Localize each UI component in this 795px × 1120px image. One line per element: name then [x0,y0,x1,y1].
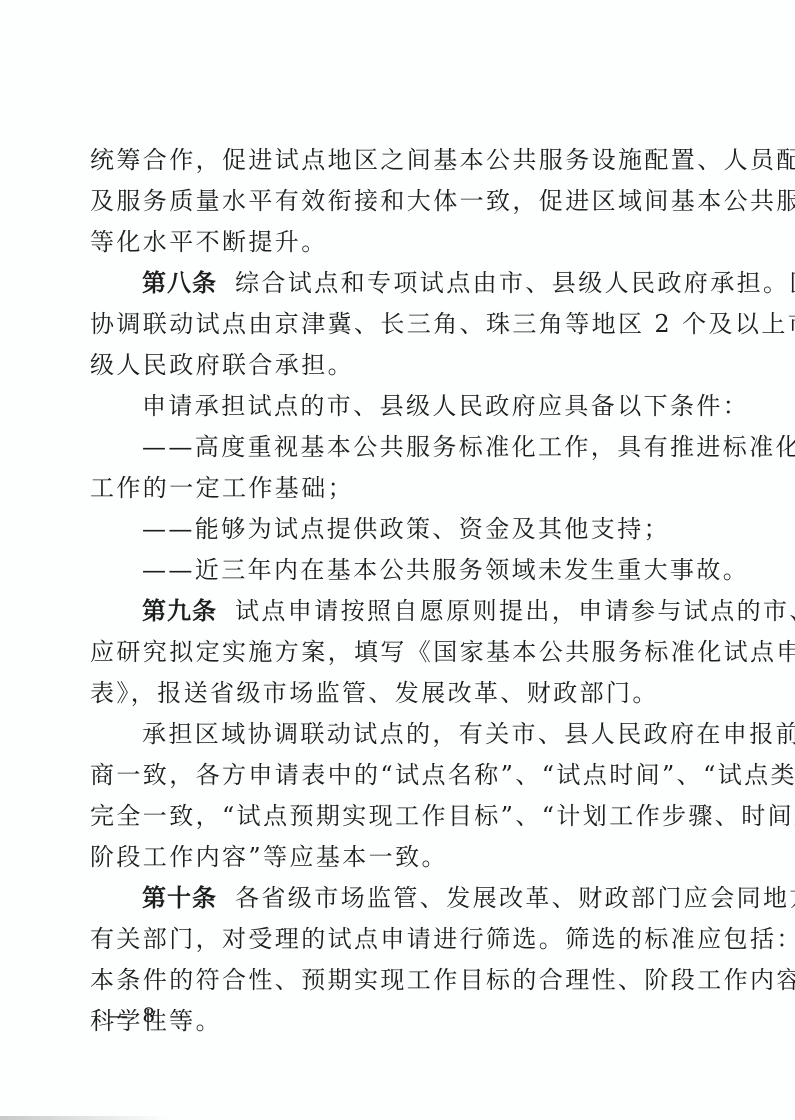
paragraph: 统筹合作，促进试点地区之间基本公共服务设施配置、人员配备以 及服务质量水平有效衔… [90,140,696,263]
text-line: 完全一致，“试点预期实现工作目标”、“计划工作步骤、时间进度、 [90,796,696,837]
list-item: ——高度重视基本公共服务标准化工作，具有推进标准化试点 工作的一定工作基础； [90,427,696,509]
list-item: ——能够为试点提供政策、资金及其他支持； [90,509,696,550]
text-span: 各省级市场监管、发展改革、财政部门应会同地方 [235,884,795,912]
text-line: 协调联动试点由京津冀、长三角、珠三角等地区 2 个及以上市、县 [90,304,696,345]
article-8: 第八条综合试点和专项试点由市、县级人民政府承担。区域 协调联动试点由京津冀、长三… [90,263,696,386]
text-span: 综合试点和专项试点由市、县级人民政府承担。区域 [235,269,795,297]
text-line: 及服务质量水平有效衔接和大体一致，促进区域间基本公共服务均 [90,181,696,222]
text-line: 级人民政府联合承担。 [90,345,696,386]
text-line: ——近三年内在基本公共服务领域未发生重大事故。 [90,550,696,591]
text-line: ——高度重视基本公共服务标准化工作，具有推进标准化试点 [90,427,696,468]
paragraph: 申请承担试点的市、县级人民政府应具备以下条件： [90,386,696,427]
text-line: 工作的一定工作基础； [90,468,696,509]
text-line: 阶段工作内容”等应基本一致。 [90,837,696,878]
article-heading: 第十条 [142,884,217,912]
list-item: ——近三年内在基本公共服务领域未发生重大事故。 [90,550,696,591]
text-line: 第十条各省级市场监管、发展改革、财政部门应会同地方 [90,878,696,919]
scan-edge-shadow [0,1116,170,1120]
article-heading: 第八条 [142,269,217,297]
text-line: 商一致，各方申请表中的“试点名称”、“试点时间”、“试点类型”应 [90,755,696,796]
text-line: 表》，报送省级市场监管、发展改革、财政部门。 [90,673,696,714]
text-line: 本条件的符合性、预期实现工作目标的合理性、阶段工作内容的 [90,960,696,1001]
article-heading: 第九条 [142,597,217,625]
paragraph: 承担区域协调联动试点的，有关市、县人民政府在申报前应协 商一致，各方申请表中的“… [90,714,696,878]
text-line: 统筹合作，促进试点地区之间基本公共服务设施配置、人员配备以 [90,140,696,181]
article-9: 第九条试点申请按照自愿原则提出，申请参与试点的市、县 应研究拟定实施方案，填写《… [90,591,696,714]
text-line: 等化水平不断提升。 [90,222,696,263]
text-line: 应研究拟定实施方案，填写《国家基本公共服务标准化试点申请 [90,632,696,673]
page-number: — 8 — [108,1003,193,1027]
text-line: 第九条试点申请按照自愿原则提出，申请参与试点的市、县 [90,591,696,632]
text-span: 试点申请按照自愿原则提出，申请参与试点的市、县 [235,597,795,625]
text-line: 承担区域协调联动试点的，有关市、县人民政府在申报前应协 [90,714,696,755]
text-line: 申请承担试点的市、县级人民政府应具备以下条件： [90,386,696,427]
text-line: 第八条综合试点和专项试点由市、县级人民政府承担。区域 [90,263,696,304]
text-line: ——能够为试点提供政策、资金及其他支持； [90,509,696,550]
document-page: 统筹合作，促进试点地区之间基本公共服务设施配置、人员配备以 及服务质量水平有效衔… [90,140,696,1042]
text-line: 有关部门，对受理的试点申请进行筛选。筛选的标准应包括：基 [90,919,696,960]
